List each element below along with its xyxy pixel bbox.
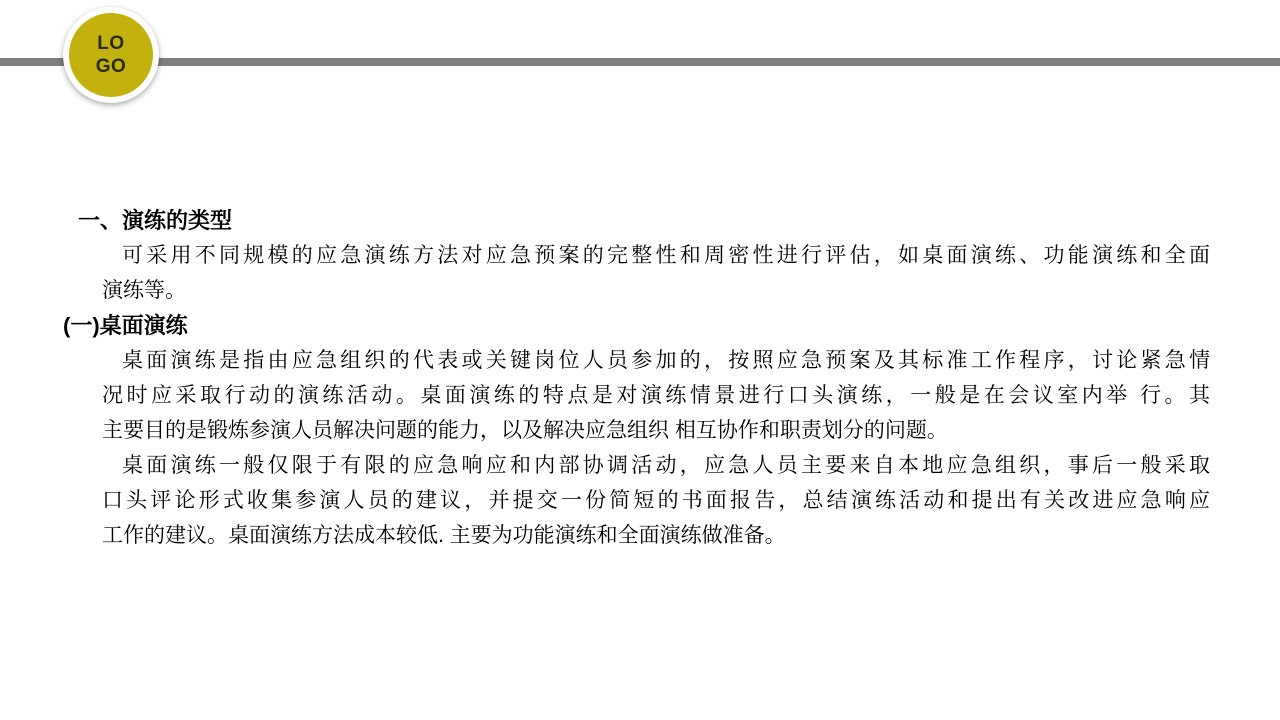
header-divider — [0, 58, 1280, 66]
paragraph-line: 主要目的是锻炼参演人员解决问题的能力，以及解决应急组织 相互协作和职责划分的问题… — [102, 413, 1210, 448]
logo-text-line1: LO — [97, 32, 124, 55]
slide-content: 一、演练的类型 可采用不同规模的应急演练方法对应急预案的完整性和周密性进行评估，… — [63, 203, 1210, 553]
paragraph-line: 况时应采取行动的演练活动。桌面演练的特点是对演练情景进行口头演练，一般是在会议室… — [102, 378, 1210, 413]
paragraph-line: 桌面演练是指由应急组织的代表或关键岗位人员参加的，按照应急预案及其标准工作程序，… — [102, 343, 1210, 378]
logo-text: LO GO — [96, 32, 127, 78]
slide-canvas: LO GO 一、演练的类型 可采用不同规模的应急演练方法对应急预案的完整性和周密… — [0, 0, 1280, 720]
paragraph-line: 演练等。 — [102, 273, 1210, 308]
paragraph-tabletop-scope: 桌面演练一般仅限于有限的应急响应和内部协调活动，应急人员主要来自本地应急组织，事… — [102, 448, 1210, 553]
paragraph-line: 口头评论形式收集参演人员的建议，并提交一份简短的书面报告，总结演练活动和提出有关… — [102, 483, 1210, 518]
heading-tabletop-drill: (一)桌面演练 — [63, 308, 1210, 343]
heading-drill-types: 一、演练的类型 — [63, 203, 1210, 238]
logo-badge: LO GO — [63, 7, 159, 103]
paragraph-overview: 可采用不同规模的应急演练方法对应急预案的完整性和周密性进行评估，如桌面演练、功能… — [102, 238, 1210, 308]
paragraph-line: 可采用不同规模的应急演练方法对应急预案的完整性和周密性进行评估，如桌面演练、功能… — [102, 238, 1210, 273]
paragraph-tabletop-definition: 桌面演练是指由应急组织的代表或关键岗位人员参加的，按照应急预案及其标准工作程序，… — [102, 343, 1210, 448]
logo-text-line2: GO — [96, 55, 127, 78]
paragraph-line: 桌面演练一般仅限于有限的应急响应和内部协调活动，应急人员主要来自本地应急组织，事… — [102, 448, 1210, 483]
paragraph-line: 工作的建议。桌面演练方法成本较低. 主要为功能演练和全面演练做准备。 — [102, 518, 1210, 553]
